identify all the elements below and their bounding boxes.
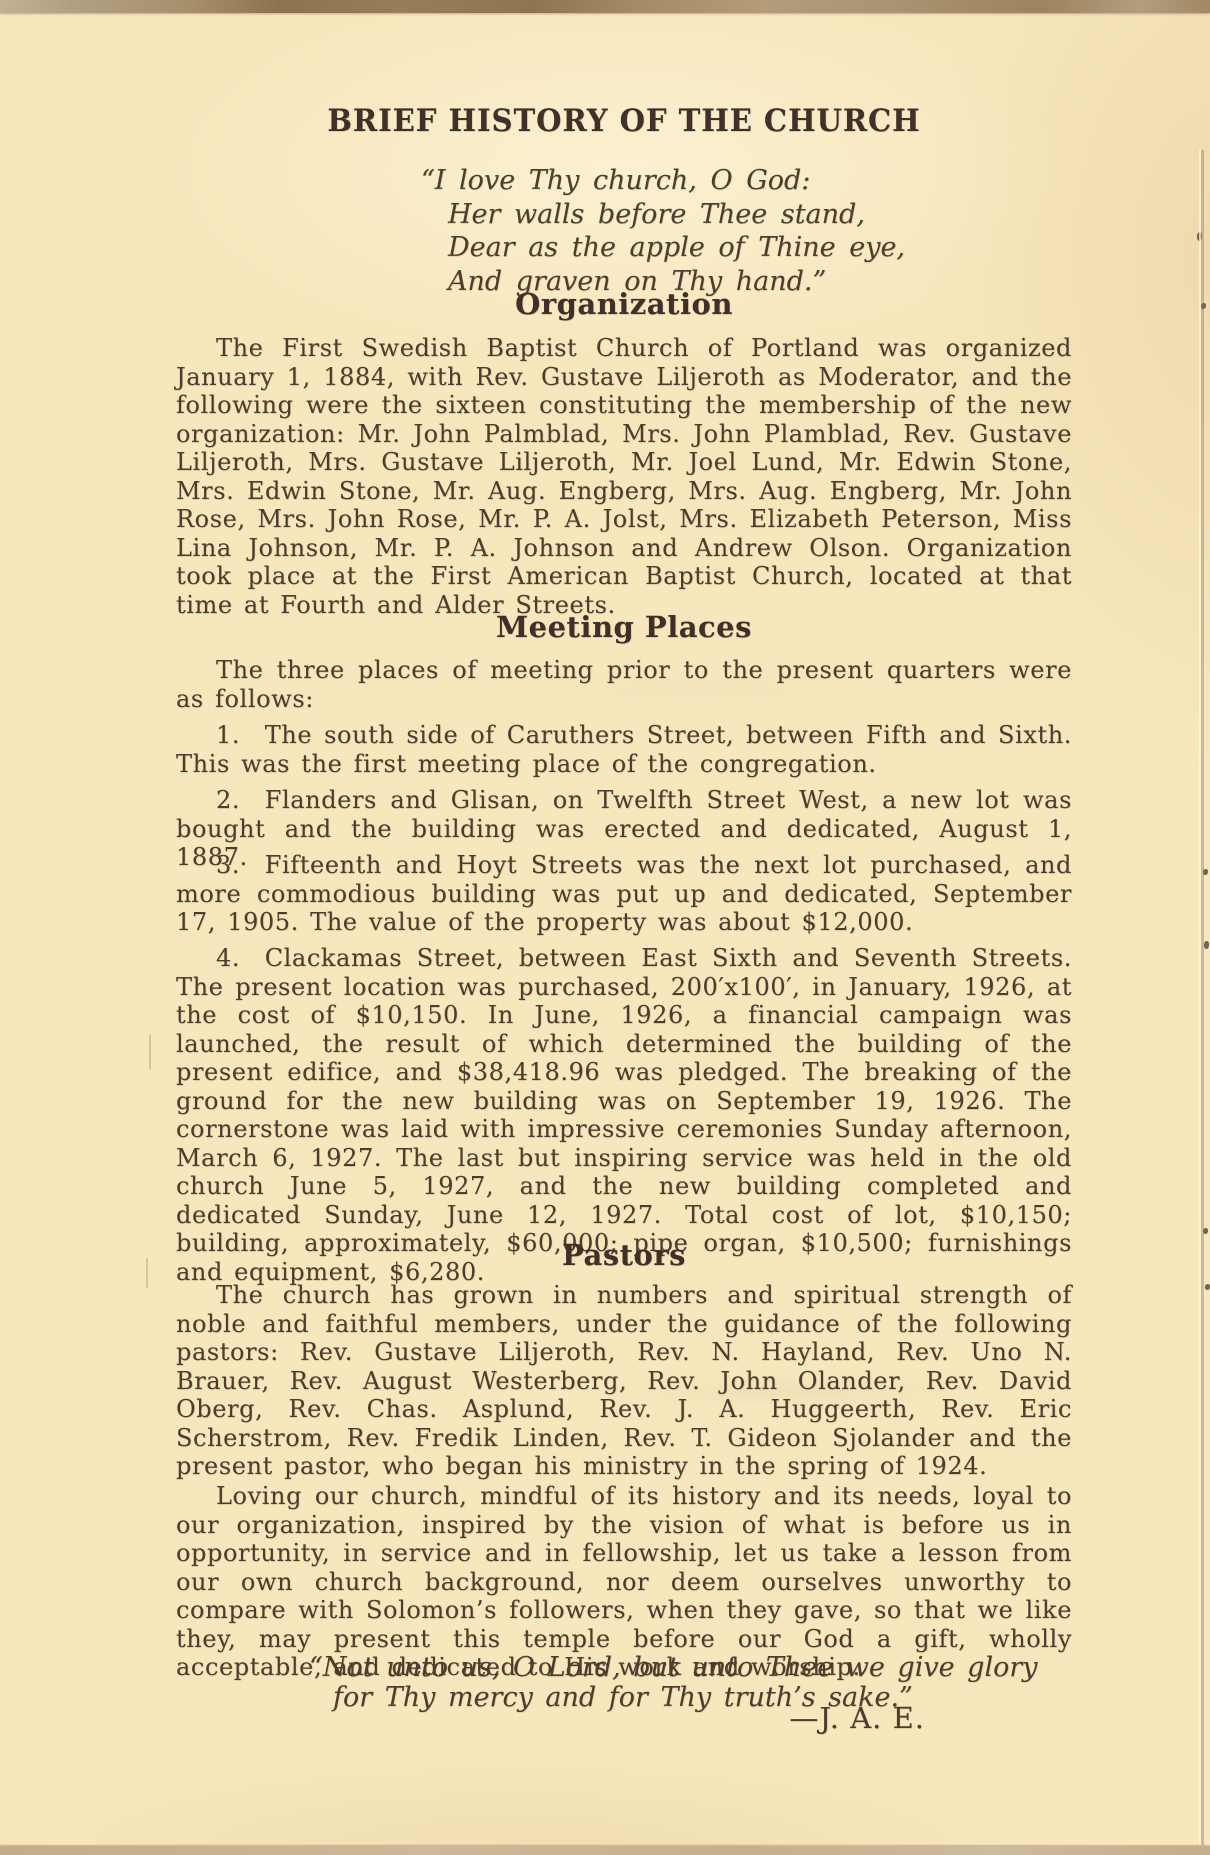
epigraph-line: “I love Thy church, O God:: [421, 164, 905, 198]
section-heading-organization: Organization: [176, 287, 1072, 321]
section-heading-pastors: Pastors: [176, 1238, 1072, 1272]
margin-mark: [149, 1035, 151, 1069]
epigraph: “I love Thy church, O God: Her walls bef…: [421, 164, 905, 298]
epigraph-line: Her walls before Thee stand,: [448, 198, 905, 232]
epigraph-line: Dear as the apple of Thine eye,: [448, 231, 905, 265]
section-heading-meeting-places: Meeting Places: [176, 610, 1072, 644]
scan-speck: [1205, 1284, 1210, 1290]
signature-initials: —J. A. E.: [176, 1701, 925, 1735]
closing-quote-line: “Not unto us, O Lord, but unto Thee we g…: [309, 1653, 1038, 1683]
paragraph-pastors: The church has grown in numbers and spir…: [176, 1281, 1072, 1481]
page-title: BRIEF HISTORY OF THE CHURCH: [203, 103, 1045, 139]
paragraph-meeting-place-4: 4. Clackamas Street, between East Sixth …: [176, 944, 1072, 1286]
scanned-page: BRIEF HISTORY OF THE CHURCH “I love Thy …: [0, 0, 1210, 1855]
paragraph-meeting-place-1: 1. The south side of Caruthers Street, b…: [176, 721, 1072, 778]
margin-mark: [146, 1258, 148, 1288]
page-top-edge: [0, 0, 1210, 13]
scan-speck: [1204, 941, 1209, 949]
page-bottom-edge: [0, 1846, 1210, 1855]
paragraph-meeting-place-3: 3. Fifteenth and Hoyt Streets was the ne…: [176, 851, 1072, 937]
paragraph-meeting-intro: The three places of meeting prior to the…: [176, 656, 1072, 713]
paragraph-organization: The First Swedish Baptist Church of Port…: [176, 334, 1072, 619]
page-right-crease: [1199, 150, 1204, 1845]
